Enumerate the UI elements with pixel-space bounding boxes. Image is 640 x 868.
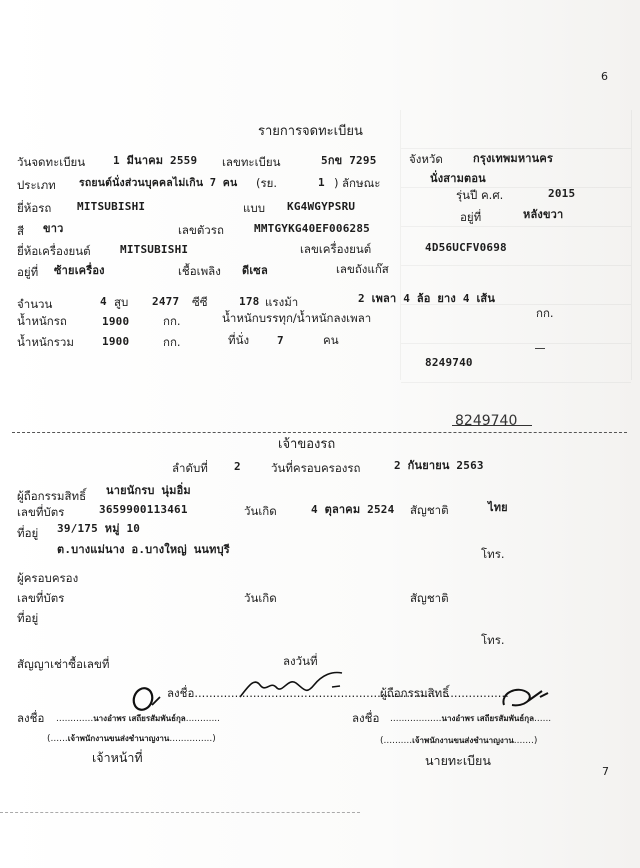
model-label: แบบ [243,201,265,215]
possessor-dob-label: วันเกิด [244,591,277,605]
cylinders-value: 4 [100,295,107,309]
chassis-label: เลขตัวรถ [178,223,224,237]
gross-unit: กก. [163,335,181,349]
seats-label: ที่นั่ง [228,333,249,347]
type-label: ประเภท [17,178,56,192]
weight-value: 1900 [102,315,129,329]
color-value: ขาว [43,222,63,236]
hp-unit: แรงม้า [265,295,298,309]
engine-no-label: เลขเครื่องยนต์ [300,242,371,256]
owner-title: เจ้าของรถ [278,438,335,452]
province-value: กรุงเทพมหานคร [473,152,553,166]
officer-name-line: .............นางอำพร เสถียรสัมพันธ์กุล..… [56,712,220,726]
addr-label: ที่อยู่ [17,526,38,540]
engine-loc-label: อยู่ที่ [17,265,38,279]
nat-value: ไทย [488,501,508,515]
count-label: จำนวน [17,297,52,311]
possess-date-label: วันที่ครอบครองรถ [271,461,361,475]
weight-label: น้ำหนักรถ [17,314,67,328]
cylinders-unit: สูบ [114,295,128,309]
gas-tank-label: เลขถังแก๊ส [336,262,389,276]
order-value: 2 [234,460,241,474]
possessor-nat-label: สัญชาติ [410,591,449,605]
possessor-addr-label: ที่อยู่ [17,611,38,625]
cc-unit: ซีซี [192,295,208,309]
hp-value: 178 [239,295,259,309]
officer-position: เจ้าพนักงานขนส่งชำนาญงาน [68,734,170,743]
cc-value: 2477 [152,295,179,309]
fuel-value: ดีเซล [242,264,268,278]
ref-number: 8249740 [425,356,473,370]
registrar-initial-signature [498,683,558,713]
color-label: สี [17,224,24,238]
holder-value: นายนักรบ นุ่มอิ่ม [106,484,191,498]
body-label: ลักษณะ [342,176,380,190]
province-label: จังหวัด [409,152,443,166]
order-label: ลำดับที่ [172,461,208,475]
engine-brand-label: ยี่ห้อเครื่องยนต์ [17,244,91,258]
id-value: 3659900113461 [99,503,188,517]
holder-sign-label: ลงชื่อ [167,686,194,700]
possessor-tel-label: โทร. [481,633,505,647]
load-label: น้ำหนักบรรทุก/น้ำหนักลงเพลา [222,311,371,325]
officer-sign-label: ลงชื่อ [17,711,44,725]
registrar-position: เจ้าพนักงานขนส่งชำนาญงาน [412,736,514,745]
seats-unit: คน [323,333,339,347]
chassis-loc-value: หลังขวา [523,208,563,222]
model-year-value: 2015 [548,187,575,201]
sign-date-label: ลงวันที่ [283,654,318,668]
reg-date-label: วันจดทะเบียน [17,155,85,169]
registrar-name-line: ..................นางอำพร เสถียรสัมพันธ์… [390,712,551,726]
type-value: รถยนต์นั่งส่วนบุคคลไม่เกิน 7 คน [79,176,237,190]
section-divider [12,432,627,433]
officer-role: เจ้าหน้าที่ [92,751,143,765]
bottom-faint-line [0,812,360,813]
dob-value: 4 ตุลาคม 2524 [311,503,394,517]
gross-label: น้ำหนักรวม [17,335,74,349]
holder-label: ผู้ถือกรรมสิทธิ์ [17,489,86,503]
type-code-open: (รย. [256,176,277,190]
gross-value: 1900 [102,335,129,349]
engine-loc-value: ซ้ายเครื่อง [54,264,105,278]
registration-page: 6 รายการจดทะเบียน วันจดทะเบียน 1 มีนาคม … [0,0,640,868]
registrar-sign-label: ลงชื่อ [352,711,379,725]
type-code-close: ) [334,176,339,190]
model-value: KG4WGYPSRU [287,200,355,214]
officer-name: นางอำพร เสถียรสัมพันธ์กุล [93,714,186,723]
registrar-role: นายทะเบียน [425,754,491,768]
possessor-label: ผู้ครอบครอง [17,571,78,585]
load-unit: กก. [536,306,554,320]
strike-line [452,425,532,426]
officer-initial-signature [130,683,166,713]
possess-date-value: 2 กันยายน 2563 [394,459,484,473]
dob-label: วันเกิด [244,504,277,518]
engine-no-value: 4D56UCFV0698 [425,241,507,255]
tel-label: โทร. [481,547,505,561]
type-code: 1 [318,176,325,190]
nat-label: สัญชาติ [410,503,449,517]
weight-unit: กก. [163,314,181,328]
engine-brand-value: MITSUBISHI [120,243,188,257]
registration-title: รายการจดทะเบียน [258,125,363,139]
model-year-label: รุ่นปี ค.ศ. [456,188,503,202]
mark-dash [535,348,545,349]
registrar-position-line: (..........เจ้าพนักงานขนส่งชำนาญงาน.....… [380,734,537,748]
body-value: นั่งสามตอน [430,172,486,186]
plate-value: 5กข 7295 [321,154,377,168]
reg-date-value: 1 มีนาคม 2559 [113,154,197,168]
page-number-top: 6 [601,70,608,84]
registrar-name: นางอำพร เสถียรสัมพันธ์กุล [442,714,535,723]
id-label: เลขที่บัตร [17,505,64,519]
page-number-bottom: 7 [602,765,609,779]
brand-value: MITSUBISHI [77,200,145,214]
addr-line2: ต.บางแม่นาง อ.บางใหญ่ นนทบุรี [57,543,230,557]
hire-purchase-label: สัญญาเช่าซื้อเลขที่ [17,657,109,671]
officer-position-line: (......เจ้าพนักงานขนส่งชำนาญงาน.........… [47,732,216,746]
plate-label: เลขทะเบียน [222,155,280,169]
possessor-id-label: เลขที่บัตร [17,591,64,605]
holder-role: ผู้ถือกรรมสิทธิ์ [380,686,449,700]
holder-sign-line: ลงชื่อ..................................… [167,686,509,700]
fuel-label: เชื้อเพลิง [178,264,221,278]
chassis-loc-label: อยู่ที่ [460,210,481,224]
addr-line1: 39/175 หมู่ 10 [57,522,140,536]
axles-value: 2 เพลา 4 ล้อ ยาง 4 เส้น [358,292,495,306]
brand-label: ยี่ห้อรถ [17,201,51,215]
seats-value: 7 [277,334,284,348]
chassis-value: MMTGYKG40EF006285 [254,222,370,236]
